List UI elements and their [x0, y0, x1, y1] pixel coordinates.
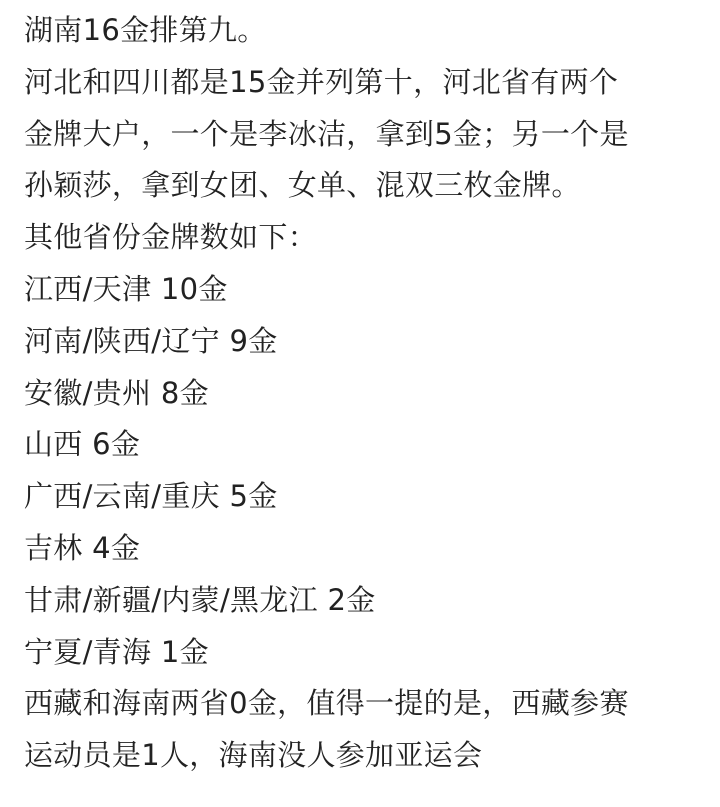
gold-count: 9金 — [229, 324, 277, 358]
provinces: 甘肃/新疆/内蒙/黑龙江 — [24, 583, 318, 617]
text-line-hunan: 湖南16金排第九。 — [24, 5, 704, 57]
gold-count: 4金 — [92, 531, 140, 565]
gold-count: 6金 — [92, 427, 140, 461]
provinces: 安徽/贵州 — [24, 376, 151, 410]
medal-list-item: 吉林 4金 — [24, 523, 704, 575]
medal-list-item: 宁夏/青海 1金 — [24, 627, 704, 679]
text-line-sun-yingsha: 孙颖莎，拿到女团、女单、混双三枚金牌。 — [24, 160, 704, 212]
medal-list-item: 广西/云南/重庆 5金 — [24, 471, 704, 523]
provinces: 山西 — [24, 427, 83, 461]
gold-count: 2金 — [327, 583, 375, 617]
provinces: 河南/陕西/辽宁 — [24, 324, 220, 358]
text-line-tibet-hainan: 西藏和海南两省0金，值得一提的是，西藏参赛 — [24, 678, 704, 730]
gold-count: 8金 — [161, 376, 209, 410]
article-body: 湖南16金排第九。 河北和四川都是15金并列第十，河北省有两个 金牌大户，一个是… — [24, 5, 704, 782]
gold-count: 1金 — [161, 635, 209, 669]
provinces: 吉林 — [24, 531, 83, 565]
medal-list-item: 河南/陕西/辽宁 9金 — [24, 316, 704, 368]
text-line-athletes-note: 运动员是1人，海南没人参加亚运会 — [24, 730, 704, 782]
medal-list-item: 甘肃/新疆/内蒙/黑龙江 2金 — [24, 575, 704, 627]
gold-count: 5金 — [229, 479, 277, 513]
text-line-list-intro: 其他省份金牌数如下： — [24, 212, 704, 264]
medal-list-item: 江西/天津 10金 — [24, 264, 704, 316]
gold-count: 10金 — [161, 272, 228, 306]
text-line-li-bingjie: 金牌大户，一个是李冰洁，拿到5金；另一个是 — [24, 109, 704, 161]
medal-list: 江西/天津 10金 河南/陕西/辽宁 9金 安徽/贵州 8金 山西 6金 广西/… — [24, 264, 704, 678]
medal-list-item: 山西 6金 — [24, 419, 704, 471]
text-line-hebei-sichuan: 河北和四川都是15金并列第十，河北省有两个 — [24, 57, 704, 109]
provinces: 广西/云南/重庆 — [24, 479, 220, 513]
provinces: 宁夏/青海 — [24, 635, 151, 669]
medal-list-item: 安徽/贵州 8金 — [24, 368, 704, 420]
provinces: 江西/天津 — [24, 272, 151, 306]
